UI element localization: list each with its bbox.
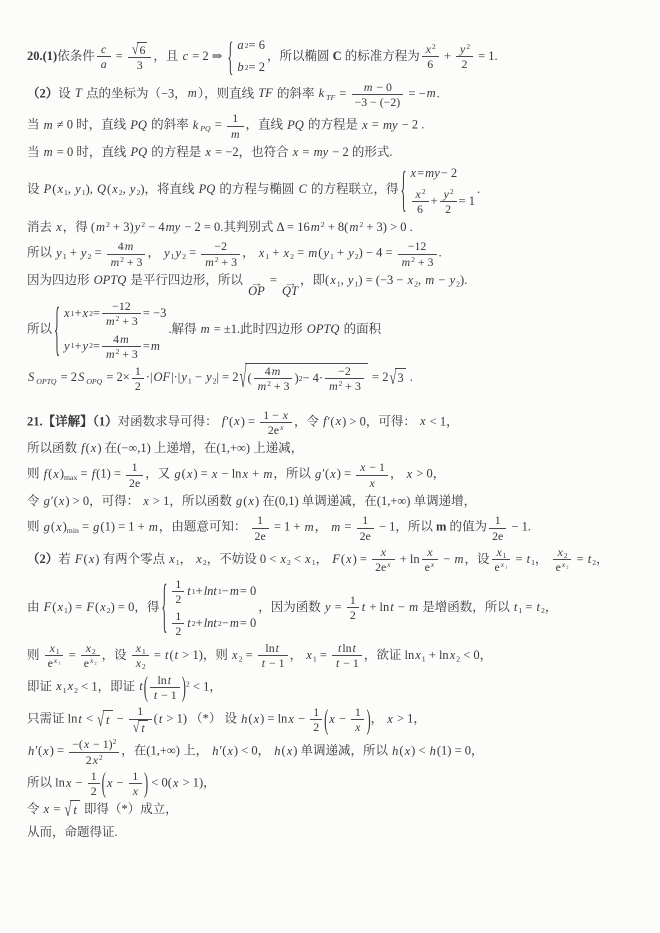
text-run: .	[437, 86, 440, 100]
fraction-numerator: 1	[132, 364, 144, 378]
math-var: lnt	[203, 582, 218, 601]
fraction-denominator: 3	[128, 57, 151, 72]
fraction-numerator: x2	[412, 187, 429, 201]
sqrt-content: 3	[395, 368, 405, 388]
text-run: −	[440, 552, 453, 566]
math-var: x	[63, 304, 71, 323]
math-fraction: 4mm2 + 3	[107, 239, 146, 269]
math-var: x	[426, 545, 433, 559]
text-run: 令	[27, 802, 43, 816]
text-run: −2	[338, 364, 351, 378]
text-run: 由	[27, 600, 43, 614]
math-var: my	[424, 164, 441, 183]
text-run: ) =	[68, 600, 85, 614]
text-run: ) =	[353, 552, 370, 566]
cases-rows: a2 = 6b2 = 2	[233, 36, 265, 78]
math-var: x	[305, 648, 313, 662]
text-run: ,	[341, 273, 347, 287]
math-var: m	[363, 80, 374, 94]
text-run: 则	[27, 467, 43, 481]
text-run: = 2	[58, 370, 78, 384]
math-var: t	[352, 641, 357, 655]
text-run: + 3	[119, 314, 138, 328]
fraction-denominator: ex1	[45, 655, 64, 670]
text-run: (1) = 1 +	[100, 520, 147, 534]
math-var: F	[43, 600, 53, 614]
math-fraction: −12m2 + 3	[102, 299, 141, 329]
text-run: ，不妨设 0 <	[207, 552, 280, 566]
math-var: x	[55, 220, 63, 234]
open-paren-icon: (	[144, 673, 148, 702]
fraction-numerator: m − 0	[352, 80, 404, 94]
text-run: 3	[397, 369, 403, 388]
math-fraction: 1 − x2ex	[260, 408, 292, 438]
math-var: x	[287, 712, 295, 726]
radical-icon: √	[133, 720, 140, 735]
fraction-denominator: 2	[172, 591, 184, 606]
text-run: (1) = 0，	[437, 744, 484, 758]
text-run: (	[248, 712, 252, 726]
text-run: = 0	[240, 582, 256, 601]
text-run: =	[65, 648, 78, 662]
fraction-denominator: 6	[422, 56, 439, 71]
math-var: t	[167, 673, 172, 687]
text-run: − 1	[340, 656, 359, 670]
text-run: 2e	[360, 529, 371, 543]
cases-row: x1 + x2 = −12m2 + 3 = −3	[63, 299, 166, 329]
math-var: x	[99, 600, 107, 614]
text-run: 的面积	[340, 322, 381, 336]
text-run: = 1	[459, 192, 475, 211]
text-run: − 1，所以	[376, 520, 436, 534]
text-run: 2	[350, 608, 356, 622]
math-var: x	[380, 545, 387, 559]
text-run: 设	[58, 86, 74, 100]
fraction-denominator: m	[227, 126, 244, 141]
text-run: −(	[72, 737, 83, 751]
text-run: =	[77, 467, 90, 481]
text-run: ，	[535, 552, 551, 566]
text-run: −	[395, 600, 408, 614]
math-var: x	[226, 744, 234, 758]
text-run: ，	[371, 712, 387, 726]
text-run: ，又	[145, 467, 173, 481]
math-var: x	[82, 304, 90, 323]
fraction-denominator: m2 + 3	[325, 378, 364, 393]
text-run: 2e	[375, 560, 386, 574]
text-run: − ln	[218, 467, 241, 481]
text-run: = −2，也符合	[212, 145, 292, 159]
paren-content: x − 1x	[106, 769, 144, 799]
fraction-denominator: 2	[456, 56, 473, 71]
text-run: ，因为函数	[258, 600, 324, 614]
text-run: ，直线	[246, 118, 287, 132]
text-run: = 1.	[475, 49, 498, 63]
math-var: x	[304, 552, 312, 566]
text-run: + 3	[119, 347, 138, 361]
brace-icon: {	[54, 300, 60, 360]
superscript: 2	[99, 753, 103, 762]
math-document: 20.(1)依条件ca = √63，且 c = 2 ⇒ {a2 = 6b2 = …	[27, 36, 636, 842]
text-run: −	[435, 273, 448, 287]
fraction-numerator: c	[97, 42, 111, 56]
text-run: 6	[417, 202, 423, 216]
text-run: ln	[158, 673, 167, 687]
cases-row: y1 + y2 = 4mm2 + 3 = m	[63, 332, 161, 362]
superscript: x	[279, 423, 284, 432]
text-run: 1	[495, 513, 501, 527]
text-run: −12	[112, 299, 131, 313]
text-run: 的斜率	[148, 118, 192, 132]
math-var: x	[67, 679, 75, 693]
fraction-denominator: ex	[422, 559, 439, 574]
text-run: − 2 .	[399, 118, 425, 132]
text-run: 2	[86, 753, 92, 767]
text-run: =	[91, 246, 104, 260]
text-run: 2	[99, 753, 103, 762]
math-var: x	[283, 246, 291, 260]
math-var: TF	[325, 93, 336, 102]
paren-group: (x − 1x)	[102, 769, 148, 799]
solution-line: 所以 lnx − 12(x − 1x) < 0(x > 1)，	[27, 769, 636, 799]
math-var: m	[43, 118, 54, 132]
math-var: m	[105, 347, 116, 361]
text-run: 即得（*）成立，	[81, 802, 178, 816]
text-run: 所以函数	[27, 441, 80, 455]
text-run: 的方程是	[148, 145, 204, 159]
math-fraction: x1x2	[132, 641, 149, 671]
math-fraction: x1ex1	[492, 545, 511, 575]
math-var: x	[425, 42, 432, 56]
math-fraction: x26	[412, 187, 429, 217]
math-var: x	[204, 145, 212, 159]
text-run: ) = ln	[260, 712, 287, 726]
solution-line: 当 m ≠ 0 时，直线 PQ 的斜率 kPQ = 1m，直线 PQ 的方程是 …	[27, 111, 636, 141]
text-run: 1	[132, 769, 138, 783]
superscript: x2	[561, 560, 569, 569]
math-fraction: −12m2 + 3	[398, 239, 437, 269]
text-run: 1	[257, 513, 263, 527]
arrow-icon: →	[250, 279, 263, 285]
math-sqrt: √6	[132, 42, 147, 57]
text-run: −	[336, 712, 349, 726]
paren-content: x − 1x	[328, 705, 366, 735]
text-run: (	[399, 744, 403, 758]
text-run: ），则直线	[198, 86, 257, 100]
text-run: =	[299, 145, 312, 159]
math-var: m	[408, 600, 419, 614]
text-run: 的方程与椭圆	[216, 182, 297, 196]
text-run: =	[79, 520, 92, 534]
math-var: m	[229, 582, 240, 601]
text-run: − 2 的形式.	[329, 145, 392, 159]
text-run: 2	[422, 186, 426, 195]
text-run: + 3	[415, 255, 434, 269]
text-run: +	[441, 49, 454, 63]
superscript: x2	[89, 656, 97, 665]
text-run: 当	[27, 145, 43, 159]
math-var: y	[180, 370, 188, 384]
text-run: 则	[27, 520, 43, 534]
text-run: ，欲证 ln	[364, 648, 414, 662]
text-run: 1	[175, 609, 181, 623]
math-var: x	[328, 712, 336, 726]
text-run: ) =	[337, 467, 354, 481]
math-var: x	[85, 641, 92, 655]
text-run: < 1，	[190, 679, 222, 693]
text-run: > 1) （*） 设	[163, 712, 240, 726]
math-var: t	[105, 711, 110, 730]
text-run: − 1	[158, 688, 177, 702]
subscript: 1	[171, 252, 175, 261]
text-run: +	[74, 304, 81, 323]
fraction-denominator: 2e	[489, 528, 506, 543]
radical-icon: √	[389, 369, 396, 388]
math-var: y	[74, 182, 82, 196]
text-run: max	[64, 473, 77, 482]
subscript: min	[67, 526, 79, 535]
fraction-denominator: 2e	[252, 528, 269, 543]
solution-line: h′(x) = −(x − 1)22x2，在(1,+∞) 上， h′(x) < …	[27, 737, 636, 767]
open-paren-icon: (	[102, 769, 106, 798]
math-fraction: 12e	[489, 513, 506, 543]
fraction-numerator: x	[422, 545, 439, 559]
bold-text: （2）	[27, 86, 58, 100]
fraction-numerator: 1	[129, 704, 152, 718]
superscript: 2	[113, 737, 117, 746]
fraction-numerator: 1	[172, 577, 184, 591]
text-run: .	[439, 246, 442, 260]
math-fraction: y22	[440, 187, 457, 217]
math-var: x	[92, 753, 99, 767]
cases-rows: 12t1 + lnt1 − m = 012t2 + lnt2 − m = 0	[167, 577, 256, 639]
text-run: ，设	[102, 648, 130, 662]
text-run: <	[291, 552, 304, 566]
text-run: 设	[27, 182, 43, 196]
fraction-numerator: 1	[227, 111, 244, 125]
text-run: > 0，	[413, 467, 445, 481]
math-var: m	[110, 255, 121, 269]
math-var: y	[55, 246, 63, 260]
brace-icon: {	[401, 165, 407, 215]
text-run: =	[50, 802, 63, 816]
fraction-numerator: 1	[357, 513, 374, 527]
fraction-denominator: m2 + 3	[201, 254, 240, 269]
radical-icon: √	[97, 710, 104, 729]
vector-arrow: →OP	[248, 279, 265, 297]
math-var: g	[173, 467, 181, 481]
text-run: ，	[290, 648, 306, 662]
math-var: a	[236, 36, 244, 55]
text-run: ) 有两个零点	[95, 552, 168, 566]
superscript: x1	[500, 560, 508, 569]
text-run: 2	[94, 661, 96, 666]
text-run: ) 在(−∞,1) 上递增，在(1,+∞) 上递减，	[97, 441, 303, 455]
math-var: m	[148, 520, 159, 534]
solution-line: 只需证 lnt < √t − 1√t(t > 1) （*） 设 h(x) = l…	[27, 704, 636, 735]
text-run: 2e	[492, 529, 503, 543]
fraction-numerator: 1	[310, 705, 322, 719]
math-var: x	[335, 414, 343, 428]
math-fraction: √63	[128, 41, 151, 72]
math-fraction: −2m2 + 3	[325, 364, 364, 394]
math-fraction: −2m2 + 3	[201, 239, 240, 269]
solution-line: 设 P(x1, y1), Q(x2, y2)，将直线 PQ 的方程与椭圆 C 的…	[27, 164, 636, 216]
math-var: OPTQ	[306, 322, 341, 336]
math-var: T	[74, 86, 83, 100]
text-run: ，且	[153, 49, 181, 63]
math-var: h	[27, 744, 35, 758]
text-run: =	[522, 600, 535, 614]
text-run: −	[295, 712, 308, 726]
fraction-numerator: lnt	[258, 641, 288, 655]
text-run: ) − 4 =	[359, 246, 396, 260]
text-run: ，设	[464, 552, 489, 566]
arrow-icon: →	[283, 279, 296, 285]
math-var: t	[275, 641, 280, 655]
solution-line: 即证 x1x2 < 1，即证 t(lntt − 1)2 < 1，	[27, 673, 636, 703]
math-fraction: m − 0−3 − (−2)	[352, 80, 404, 110]
math-fraction: x2ex2	[553, 545, 572, 575]
fraction-numerator: 1	[489, 513, 506, 527]
fraction-numerator: 1	[126, 460, 143, 474]
text-run: −2	[214, 239, 227, 253]
text-run: −3 − (−2)	[355, 95, 401, 109]
text-run: =	[294, 246, 307, 260]
text-run: =	[151, 648, 164, 662]
math-fraction: ca	[97, 42, 111, 72]
fraction-numerator: x2	[81, 641, 100, 656]
fraction-numerator: x2	[422, 42, 439, 56]
text-run: ，	[545, 600, 558, 614]
math-var: P	[43, 182, 53, 196]
text-run: 1	[91, 769, 97, 783]
text-run: 若	[58, 552, 74, 566]
superscript: 2	[432, 42, 436, 51]
subscript: 1	[63, 686, 67, 695]
text-run: =	[512, 552, 525, 566]
math-var: x	[56, 600, 64, 614]
math-sqrt: √3	[389, 368, 405, 388]
fraction-denominator: x2	[132, 655, 149, 671]
math-var: x	[345, 552, 353, 566]
text-run: + ln	[397, 552, 420, 566]
math-fraction: x2ex	[372, 545, 394, 575]
fraction-denominator: t − 1	[332, 655, 362, 670]
math-var: x	[195, 552, 203, 566]
text-run: .	[407, 370, 413, 384]
math-var: x	[42, 744, 50, 758]
text-run: =	[113, 49, 126, 63]
text-run: ) = (−3 −	[358, 273, 406, 287]
text-run: 是增函数，所以	[419, 600, 513, 614]
solution-line: 所以 y1 + y2 = 4mm2 + 3， y1y2 = −2m2 + 3， …	[27, 239, 636, 269]
text-run: = ±1.此时四边形	[211, 322, 306, 336]
fraction-numerator: x	[372, 545, 394, 559]
text-run: ，	[596, 552, 609, 566]
math-fraction: 1x	[129, 769, 142, 799]
text-run: 2	[135, 379, 141, 393]
fraction-numerator: x1	[492, 545, 511, 560]
close-paren-icon: )	[182, 673, 186, 702]
text-run: 1	[313, 705, 319, 719]
math-var: x	[231, 648, 239, 662]
text-run: 点的坐标为（−3，	[83, 86, 187, 100]
text-run: .解得	[168, 322, 199, 336]
fraction-denominator: m2 + 3	[107, 254, 146, 269]
text-run: + 8(	[325, 220, 349, 234]
math-var: t	[72, 801, 77, 820]
text-run: 2	[566, 565, 568, 570]
text-run: 1	[171, 252, 175, 261]
solution-line: （2）若 F(x) 有两个零点 x1， x2，不妨设 0 < x2 < x1， …	[27, 545, 636, 575]
fraction-numerator: −12	[102, 299, 141, 313]
math-var: PQ	[199, 124, 211, 133]
solution-line: 令 x = √t 即得（*）成立，	[27, 800, 636, 820]
text-run: 是平行四边形，所以	[127, 273, 246, 287]
math-var: x	[368, 476, 375, 490]
text-run: 3	[137, 58, 143, 72]
solution-line: 21.【详解】（1）对函数求导可得： f′(x) = 1 − x2ex，令 f′…	[27, 408, 636, 438]
text-run: ，令	[294, 414, 322, 428]
math-sqrt: √t	[65, 800, 80, 820]
text-run: +	[196, 614, 203, 633]
text-run: (1) =	[96, 467, 124, 481]
math-var: g	[43, 520, 51, 534]
math-var: c	[100, 42, 107, 56]
superscript: x	[430, 560, 435, 569]
math-var: m	[310, 220, 321, 234]
section-problem-20: 20.(1)依条件ca = √63，且 c = 2 ⇒ {a2 = 6b2 = …	[27, 36, 636, 394]
fraction-numerator: −2	[201, 239, 240, 253]
text-run: =	[143, 337, 150, 356]
solution-line: 所以函数 f(x) 在(−∞,1) 上递增，在(1,+∞) 上递减，	[27, 439, 636, 458]
close-paren-icon: )	[366, 705, 370, 734]
text-run: = 2	[369, 370, 389, 384]
fraction-denominator: √t	[129, 719, 152, 736]
text-run: ) 单调递减，所以	[293, 744, 391, 758]
fraction-denominator: t − 1	[150, 687, 180, 702]
subscript: PQ	[199, 124, 211, 133]
bold-text: （2）	[27, 552, 58, 566]
math-var: m	[348, 220, 359, 234]
math-var: lnt	[203, 614, 218, 633]
text-run: 因为四边形	[27, 273, 93, 287]
text-run: .	[477, 182, 480, 196]
math-var: OPTQ	[35, 377, 57, 386]
text-run: 2	[175, 624, 181, 638]
math-var: x	[253, 712, 261, 726]
fraction-denominator: −3 − (−2)	[352, 94, 404, 109]
solution-line: 当 m = 0 时，直线 PQ 的方程是 x = −2，也符合 x = my −…	[27, 143, 636, 162]
math-var: F	[74, 552, 84, 566]
text-run: 2	[450, 186, 454, 195]
text-run: 所以	[27, 322, 52, 336]
math-var: x	[247, 494, 255, 508]
text-run: − 4·	[302, 369, 323, 388]
text-run: =	[212, 118, 225, 132]
text-run: − 0	[373, 80, 392, 94]
solution-line: 则 f(x)max = f(1) = 12e，又 g(x) = x − lnx …	[27, 460, 636, 490]
solution-line: （2）设 T 点的坐标为（−3，m），则直线 TF 的斜率 kTF = m − …	[27, 80, 636, 110]
math-var: m	[271, 364, 282, 378]
math-var: my	[165, 220, 182, 234]
text-run: ) =	[241, 414, 258, 428]
text-run: ) 在(0,1) 单调递减，在(1,+∞) 单调递增，	[255, 494, 476, 508]
text-run: −	[113, 776, 126, 790]
text-run: =	[317, 648, 330, 662]
math-var: x	[135, 641, 142, 655]
